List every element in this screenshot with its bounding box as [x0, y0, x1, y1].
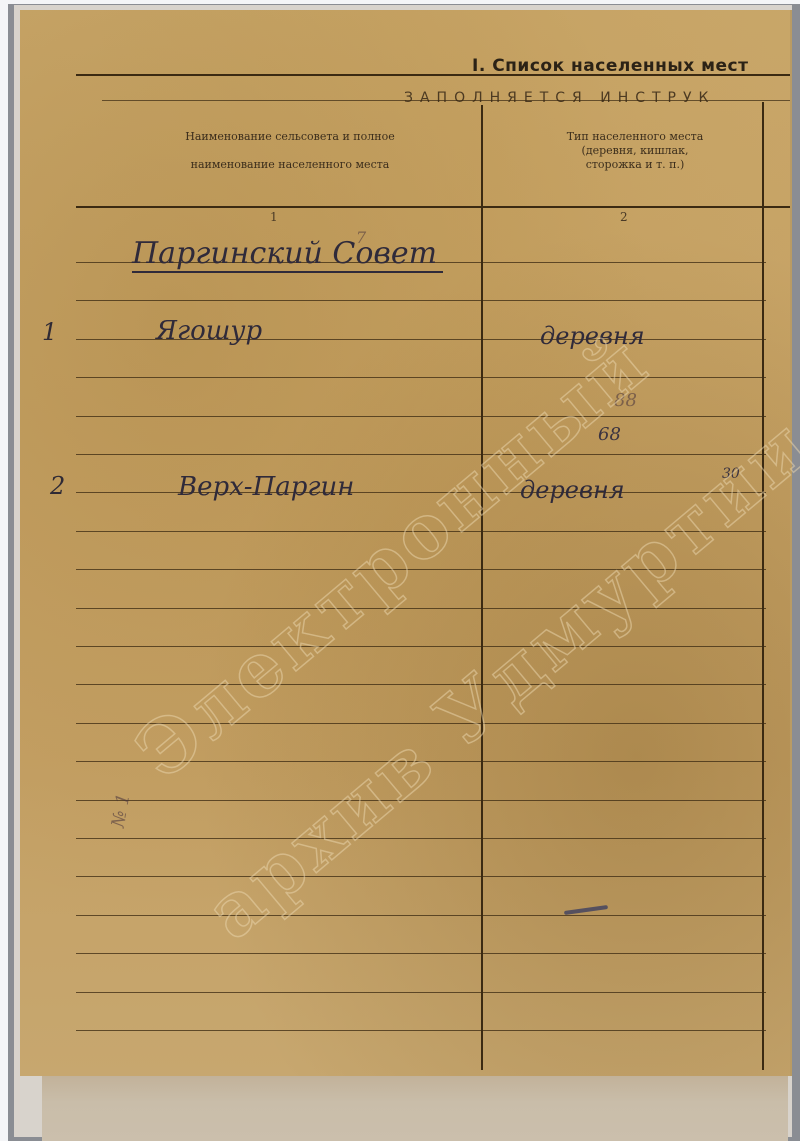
- margin-pencil-note: № 1: [108, 792, 135, 829]
- title-rule: [76, 74, 790, 76]
- column-divider: [481, 105, 483, 1070]
- ruled-line: [76, 300, 766, 301]
- instruction-rule: [102, 100, 790, 101]
- ruled-line: [76, 608, 766, 609]
- ruled-line: [76, 876, 766, 877]
- row-index-2: 2: [50, 472, 65, 500]
- ruled-line: [76, 992, 766, 993]
- ruled-line: [76, 953, 766, 954]
- column-header-type-line2: (деревня, кишлак,: [490, 144, 780, 158]
- ruled-line: [76, 838, 766, 839]
- column-header-type-line3: сторожка и т. п.): [490, 158, 780, 172]
- form-title: I. Список населенных мест: [472, 56, 748, 76]
- scan-bottom-strip: [42, 1076, 788, 1141]
- column-header-name: Наименование сельсовета и полное наимено…: [100, 130, 480, 172]
- column-header-name-line1: Наименование сельсовета и полное: [100, 130, 480, 144]
- row-2-name: Верх-Паргин: [178, 472, 354, 502]
- column-header-type: Тип населенного места (деревня, кишлак, …: [490, 130, 780, 171]
- ruled-line: [76, 915, 766, 916]
- row-index-1: 1: [42, 318, 57, 346]
- column-number-1: 1: [270, 210, 278, 224]
- sovet-heading: Паргинский Совет: [132, 236, 443, 273]
- ruled-line: [76, 377, 766, 378]
- column-number-2: 2: [620, 210, 628, 224]
- header-rule: [76, 206, 790, 208]
- ruled-line: [76, 416, 766, 417]
- row-1-name: Ягошур: [156, 316, 262, 346]
- column-header-name-line2: наименование населенного места: [100, 158, 480, 172]
- column-header-type-line1: Тип населенного места: [490, 130, 780, 144]
- instruction-text: ЗАПОЛНЯЕТСЯ ИНСТРУК: [404, 90, 715, 106]
- ruled-line: [76, 646, 766, 647]
- ruled-line: [76, 1030, 766, 1031]
- document-page: I. Список населенных мест ЗАПОЛНЯЕТСЯ ИН…: [20, 10, 792, 1076]
- ruled-line: [76, 454, 766, 455]
- right-border: [762, 102, 764, 1070]
- pencil-note-7: 7: [356, 228, 366, 247]
- dash-mark: [564, 905, 608, 915]
